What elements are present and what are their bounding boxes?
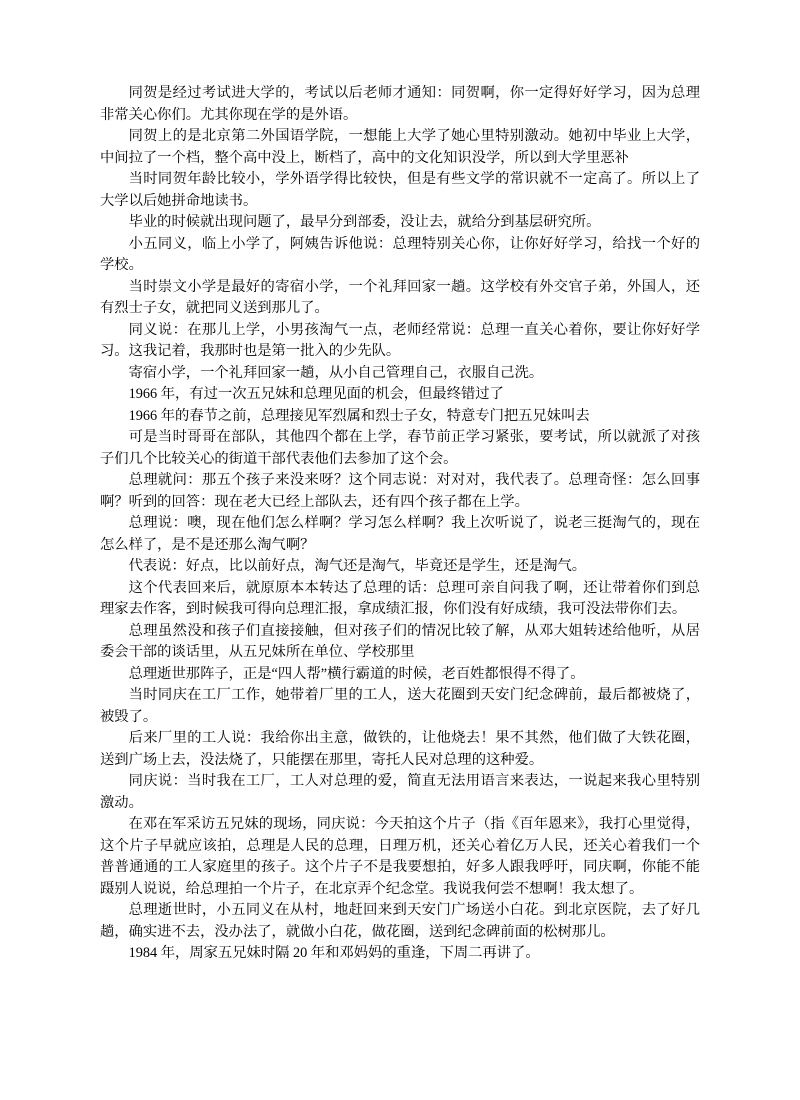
paragraph: 1966 年，有过一次五兄妹和总理见面的机会，但最终错过了 [100, 384, 700, 406]
paragraph: 总理虽然没和孩子们直接接触，但对孩子们的情况比较了解，从邓大姐转述给他听，从居委… [100, 621, 700, 664]
document-text-block: 同贺是经过考试进大学的，考试以后老师才通知：同贺啊，你一定得好好学习，因为总理非… [100, 83, 700, 965]
paragraph: 1984 年，周家五兄妹时隔 20 年和邓妈妈的重逢，下周二再讲了。 [100, 943, 700, 965]
paragraph: 同庆说：当时我在工厂，工人对总理的爱，简直无法用语言来表达，一说起来我心里特别激… [100, 771, 700, 814]
paragraph: 同义说：在那儿上学，小男孩淘气一点，老师经常说：总理一直关心着你，要让你好好学习… [100, 320, 700, 363]
paragraph: 当时同贺年龄比较小，学外语学得比较快，但是有些文学的常识就不一定高了。所以上了大… [100, 169, 700, 212]
paragraph: 总理逝世那阵子，正是“四人帮”横行霸道的时候，老百姓都恨得不得了。 [100, 664, 700, 686]
paragraph: 这个代表回来后，就原原本本转达了总理的话：总理可亲自问我了啊，还让带着你们到总理… [100, 578, 700, 621]
paragraph: 1966 年的春节之前，总理接见军烈属和烈士子女，特意专门把五兄妹叫去 [100, 406, 700, 428]
paragraph: 同贺是经过考试进大学的，考试以后老师才通知：同贺啊，你一定得好好学习，因为总理非… [100, 83, 700, 126]
paragraph: 可是当时哥哥在部队，其他四个都在上学，春节前正学习紧张，要考试，所以就派了对孩子… [100, 427, 700, 470]
paragraph: 后来厂里的工人说：我给你出主意，做铁的，让他烧去！果不其然，他们做了大铁花圈，送… [100, 728, 700, 771]
paragraph: 总理就问：那五个孩子来没来呀？这个同志说：对对对，我代表了。总理奇怪：怎么回事啊… [100, 470, 700, 513]
paragraph: 总理说：噢，现在他们怎么样啊？学习怎么样啊？我上次听说了，说老三挺淘气的，现在怎… [100, 513, 700, 556]
paragraph: 寄宿小学，一个礼拜回家一趟，从小自己管理自己，衣服自己洗。 [100, 363, 700, 385]
paragraph: 当时崇文小学是最好的寄宿小学，一个礼拜回家一趟。这学校有外交官子弟，外国人，还有… [100, 277, 700, 320]
paragraph: 当时同庆在工厂工作，她带着厂里的工人，送大花圈到天安门纪念碑前，最后都被烧了，被… [100, 685, 700, 728]
paragraph: 毕业的时候就出现问题了，最早分到部委，没让去，就给分到基层研究所。 [100, 212, 700, 234]
paragraph: 在邓在军采访五兄妹的现场，同庆说：今天拍这个片子（指《百年恩来》，我打心里觉得，… [100, 814, 700, 900]
paragraph: 同贺上的是北京第二外国语学院，一想能上大学了她心里特别激动。她初中毕业上大学，中… [100, 126, 700, 169]
paragraph: 代表说：好点，比以前好点，淘气还是淘气，毕竟还是学生，还是淘气。 [100, 556, 700, 578]
paragraph: 小五同义，临上小学了，阿姨告诉他说：总理特别关心你，让你好好学习，给找一个好的学… [100, 234, 700, 277]
document-page: 同贺是经过考试进大学的，考试以后老师才通知：同贺啊，你一定得好好学习，因为总理非… [0, 0, 800, 1100]
paragraph: 总理逝世时，小五同义在从村，地赶回来到天安门广场送小白花。到北京医院，去了好几趟… [100, 900, 700, 943]
